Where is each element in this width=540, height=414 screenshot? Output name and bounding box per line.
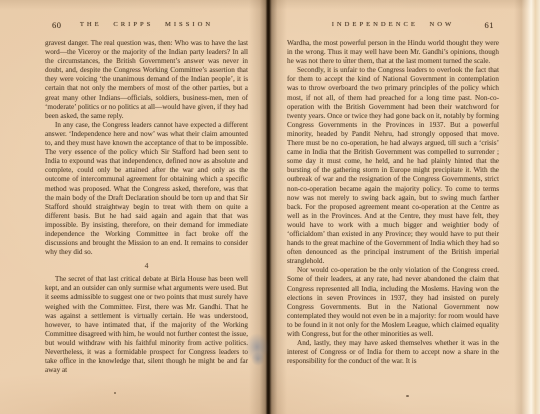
right-text-column: Wardha, the most powerful person in the …: [287, 39, 499, 366]
left-page: 60 THE CRIPPS MISSION gravest danger. Th…: [0, 0, 267, 414]
left-text-column: gravest danger. The real question was, t…: [45, 39, 248, 375]
paragraph: Secondly, it is unfair to the Congress l…: [287, 66, 499, 266]
paragraph: The secret of that last critical debate …: [45, 275, 248, 375]
book-spread: 60 THE CRIPPS MISSION gravest danger. Th…: [0, 0, 540, 414]
paper-speck: [406, 395, 409, 397]
ink-stain: [251, 352, 265, 366]
paragraph: Nor would co-operation be the only viola…: [287, 266, 499, 339]
paper-speck: [114, 392, 116, 394]
paragraph: And, lastly, they may have asked themsel…: [287, 339, 499, 366]
right-page-number: 61: [485, 20, 495, 30]
right-page: INDEPENDENCE NOW 61 Wardha, the most pow…: [267, 0, 540, 414]
left-page-header: 60 THE CRIPPS MISSION: [0, 20, 267, 32]
paragraph: Wardha, the most powerful person in the …: [287, 39, 499, 66]
right-running-header: INDEPENDENCE NOW: [287, 21, 499, 28]
paragraph: gravest danger. The real question was, t…: [45, 39, 248, 121]
section-number: 4: [45, 261, 248, 270]
paper-speck: [345, 57, 347, 58]
page-edge: [514, 0, 540, 414]
right-page-header: INDEPENDENCE NOW 61: [267, 20, 540, 32]
paragraph: In any case, the Congress leaders cannot…: [45, 121, 248, 257]
left-running-header: THE CRIPPS MISSION: [45, 21, 248, 28]
